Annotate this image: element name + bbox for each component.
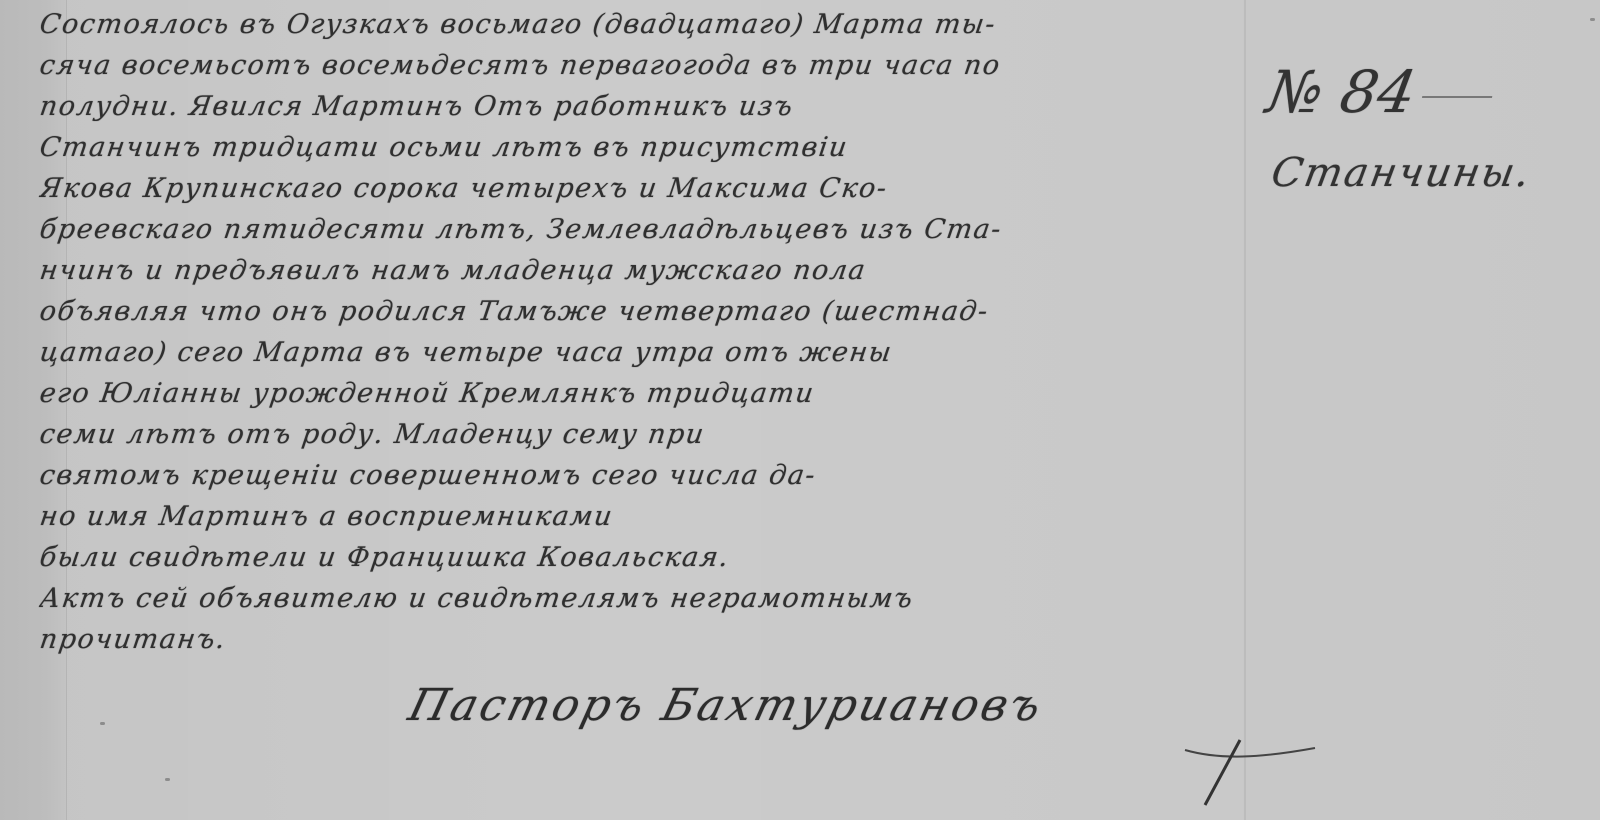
record-line-9: цатаго) сего Марта въ четыре часа утра о… — [37, 332, 1253, 373]
record-body: Состоялось въ Огузкахъ восьмаго (двадцат… — [40, 4, 1250, 660]
record-line-7: нчинъ и предъявилъ намъ младенца мужскаг… — [37, 250, 1253, 291]
record-line-4: Станчинъ тридцати осьми лѣтъ въ присутст… — [37, 127, 1253, 168]
pastor-signature: Пасторъ Бахтуриановъ — [404, 680, 1049, 731]
signature-flourish-icon — [1180, 730, 1320, 810]
record-line-10: его Юліанны урожденной Кремлянкъ тридцат… — [37, 373, 1253, 414]
entry-number-text: № 84 — [1262, 58, 1421, 126]
margin-village-name: Станчины. — [1268, 150, 1535, 196]
paper-speck — [165, 778, 170, 781]
record-line-14: были свидѣтели и Францишка Ковальская. — [37, 537, 1253, 578]
record-line-5: Якова Крупинскаго сорока четырехъ и Макс… — [37, 168, 1253, 209]
record-line-1: Состоялось въ Огузкахъ восьмаго (двадцат… — [37, 4, 1253, 45]
record-line-2: сяча восемьсотъ восемьдесятъ первагогода… — [37, 45, 1253, 86]
record-line-16: прочитанъ. — [37, 619, 1253, 660]
record-line-8: объявляя что онъ родился Тамъже четверта… — [37, 291, 1253, 332]
paper-speck — [1590, 18, 1595, 21]
record-line-11: семи лѣтъ отъ роду. Младенцу сему при — [37, 414, 1253, 455]
record-line-15: Актъ сей объявителю и свидѣтелямъ неграм… — [37, 578, 1253, 619]
record-line-6: бреевскаго пятидесяти лѣтъ, Землевладѣль… — [37, 209, 1253, 250]
paper-speck — [100, 722, 105, 725]
record-line-13: но имя Мартинъ а восприемниками — [37, 496, 1253, 537]
record-line-3: полудни. Явился Мартинъ Отъ работникъ из… — [37, 86, 1253, 127]
scanned-document-page: Состоялось въ Огузкахъ восьмаго (двадцат… — [0, 0, 1600, 820]
record-line-12: святомъ крещеніи совершенномъ сего числа… — [37, 455, 1253, 496]
entry-number: № 84 — [1262, 58, 1499, 126]
entry-number-underline — [1422, 96, 1492, 98]
